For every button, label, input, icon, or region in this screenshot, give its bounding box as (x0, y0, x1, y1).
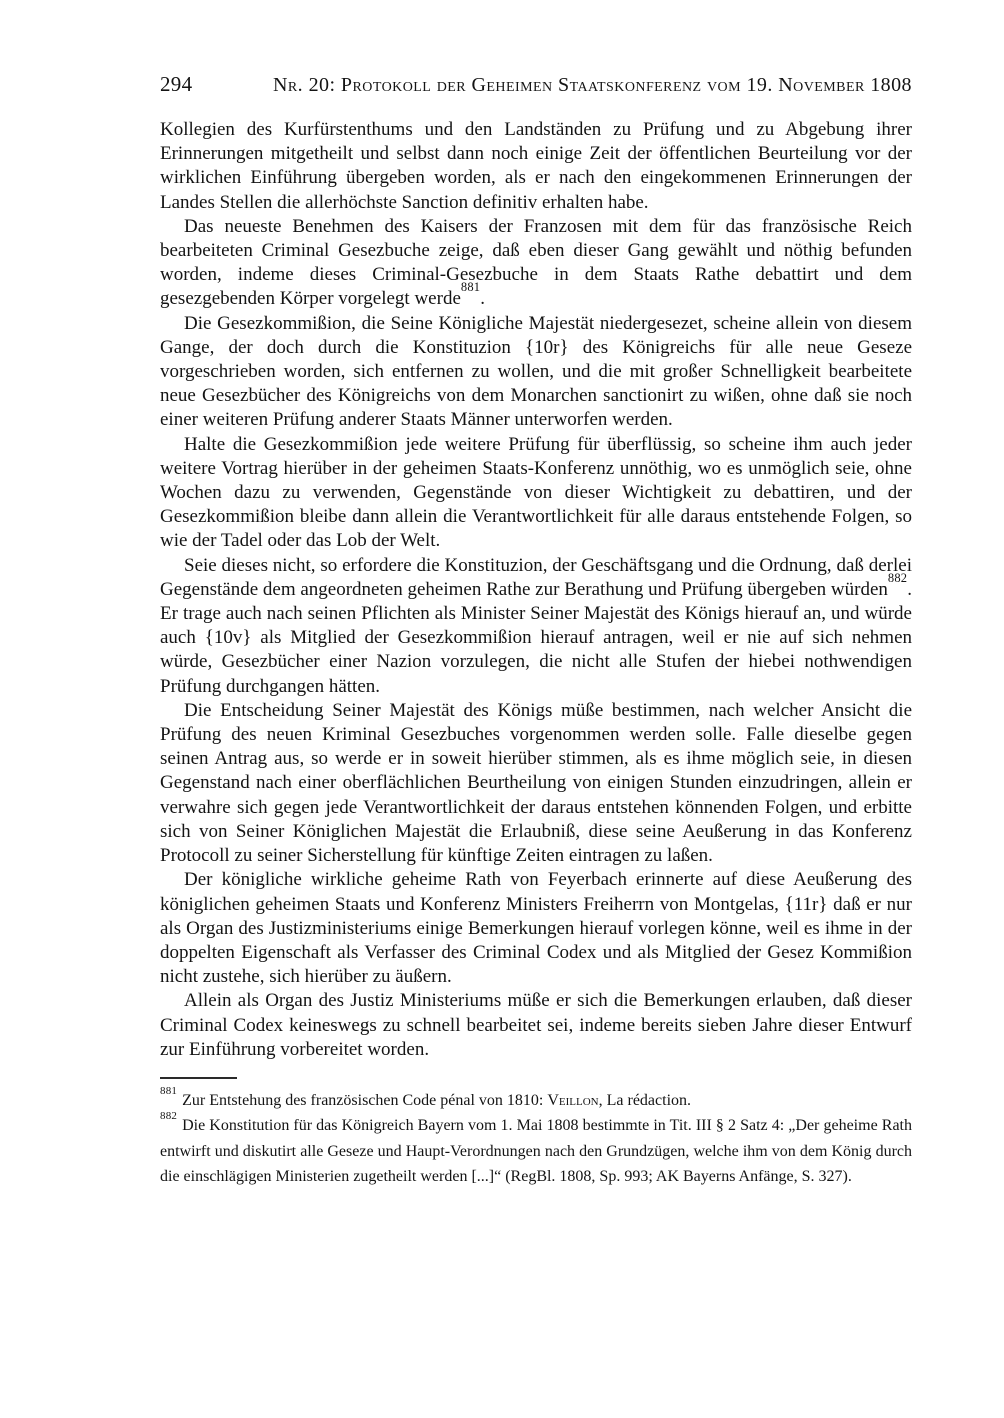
body-text: Kollegien des Kurfürstenthums und den La… (160, 118, 912, 1062)
paragraph: Halte die Gesezkommißion jede weitere Pr… (160, 433, 912, 554)
footnote-ref-882: 882 (888, 571, 907, 585)
footnote-ref-881: 881 (461, 280, 480, 294)
paragraph: Allein als Organ des Justiz Ministeriums… (160, 989, 912, 1062)
footnote-marker: 881 (160, 1085, 177, 1097)
footnote-882: 882Die Konstitution für das Königreich B… (160, 1113, 912, 1189)
paragraph: Der königliche wirkliche geheime Rath vo… (160, 868, 912, 989)
footnote-separator (160, 1077, 237, 1079)
paragraph-text: Die Gesezkommißion, die Seine Königliche… (160, 313, 912, 431)
paragraph-text: . (480, 288, 485, 309)
paragraph-text: Der königliche wirkliche geheime Rath vo… (160, 869, 912, 987)
paragraph-text: Die Entscheidung Seiner Majestät des Kön… (160, 700, 912, 866)
footnote-text: Die Konstitution für das Königreich Baye… (160, 1117, 912, 1185)
running-header: Nr. 20: Protokoll der Geheimen Staatskon… (273, 74, 912, 97)
paragraph-text: Seie dieses nicht, so erfordere die Kons… (160, 555, 912, 600)
paragraph-text: Das neueste Benehmen des Kaisers der Fra… (160, 216, 912, 310)
paragraph-text: Allein als Organ des Justiz Ministeriums… (160, 990, 912, 1059)
paragraph: Die Entscheidung Seiner Majestät des Kön… (160, 699, 912, 868)
book-page: 294 Nr. 20: Protokoll der Geheimen Staat… (0, 0, 1004, 1418)
footnote-text: Zur Entstehung des französischen Code pé… (182, 1092, 547, 1109)
paragraph: Das neueste Benehmen des Kaisers der Fra… (160, 215, 912, 312)
footnotes-section: 881Zur Entstehung des französischen Code… (160, 1077, 912, 1190)
paragraph: Seie dieses nicht, so erfordere die Kons… (160, 554, 912, 699)
page-number: 294 (160, 72, 192, 97)
paragraph: Die Gesezkommißion, die Seine Königliche… (160, 312, 912, 433)
paragraph-text: Kollegien des Kurfürstenthums und den La… (160, 119, 912, 213)
footnote-text: , La rédaction. (599, 1092, 691, 1109)
paragraph-text: Halte die Gesezkommißion jede weitere Pr… (160, 434, 912, 552)
author-name-smallcaps: Veillon (547, 1092, 598, 1109)
paragraph: Kollegien des Kurfürstenthums und den La… (160, 118, 912, 215)
footnote-881: 881Zur Entstehung des französischen Code… (160, 1088, 912, 1113)
footnote-marker: 882 (160, 1110, 177, 1122)
page-header: 294 Nr. 20: Protokoll der Geheimen Staat… (160, 72, 912, 97)
